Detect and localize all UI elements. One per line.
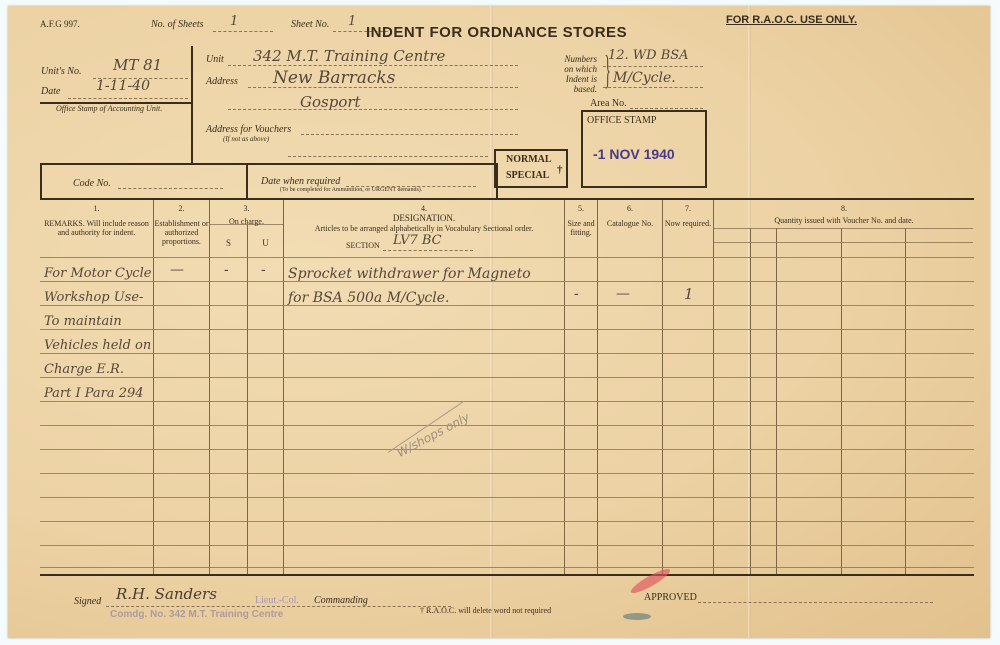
code-no-label: Code No. (73, 178, 111, 189)
approved-line (698, 602, 933, 603)
table-bottom-rule (40, 574, 974, 576)
priority-normal[interactable]: NORMAL (506, 154, 552, 165)
rank-stamp: Lieut.-Col. (255, 595, 299, 606)
paper-fold (490, 6, 493, 638)
numbers-value-2[interactable]: M/Cycle. (613, 70, 676, 86)
row-rule (40, 377, 974, 378)
col-on-charge-header: 3. On charge. (210, 204, 283, 226)
office-stamp-box: OFFICE STAMP -1 NOV 1940 (581, 110, 707, 188)
code-no-line (118, 188, 223, 189)
blue-ink-smudge (623, 613, 651, 620)
row-rule (40, 257, 974, 258)
footnote: † R.A.O.C. will delete word not required (420, 606, 551, 615)
numbers-value-1[interactable]: 12. WD BSA (608, 48, 689, 63)
no-of-sheets-line (213, 31, 273, 32)
row-rule (40, 545, 974, 546)
unit-value[interactable]: 342 M.T. Training Centre (253, 47, 445, 65)
sheet-no-label: Sheet No. (291, 19, 329, 30)
row-rule (40, 353, 974, 354)
col-designation-header: 4. DESIGNATION. Articles to be arranged … (284, 204, 564, 233)
divider (246, 163, 248, 200)
date-required-note: (To be completed for Ammunition, or URGE… (280, 187, 422, 193)
on-charge-u-cell[interactable]: - (261, 262, 266, 278)
vouchers-note: (If not as above) (223, 135, 269, 143)
vouchers-line-2 (288, 156, 488, 157)
designation-cell[interactable]: Sprocket withdrawer for Magneto for BSA … (288, 262, 531, 310)
establishment-cell[interactable]: — (170, 262, 184, 278)
row-rule (40, 329, 974, 330)
row-rule (40, 473, 974, 474)
signed-line (106, 606, 451, 607)
now-required-cell[interactable]: 1 (684, 285, 694, 303)
dagger-mark: † (557, 164, 563, 176)
numbers-line-2 (603, 87, 703, 88)
pencil-note: W/shops only (394, 410, 471, 460)
date-line (68, 98, 188, 99)
section-label: SECTION (346, 241, 380, 250)
col-on-charge-u: U (248, 239, 283, 248)
raoc-use-only-label: FOR R.A.O.C. USE ONLY. (726, 14, 857, 26)
col-establishment-header: 2. Establishment or authorized proportio… (154, 204, 209, 246)
size-cell[interactable]: - (574, 286, 579, 302)
table-top-rule (40, 198, 974, 200)
address-value-1[interactable]: New Barracks (273, 68, 395, 88)
unit-line (228, 65, 518, 66)
date-value[interactable]: 1-11-40 (96, 78, 150, 94)
faded-unit-stamp: Comdg. No. 342 M.T. Training Centre (110, 609, 283, 620)
units-no-value[interactable]: MT 81 (113, 56, 162, 74)
divider (191, 46, 193, 163)
commanding-label: Commanding (314, 595, 368, 606)
priority-special[interactable]: SPECIAL (506, 170, 549, 181)
subheader-rule (713, 228, 973, 229)
row-rule (40, 497, 974, 498)
col-quantity-issued-header: 8. Quantity issued with Voucher No. and … (714, 204, 974, 225)
col-on-charge-s: S (210, 239, 247, 248)
form-number: A.F.G 997. (40, 19, 80, 29)
unit-label: Unit (206, 54, 224, 65)
office-stamp-date: -1 NOV 1940 (593, 146, 675, 162)
subheader-rule (713, 242, 973, 243)
sheet-no-value[interactable]: 1 (348, 14, 356, 29)
address-value-2[interactable]: Gosport (300, 93, 361, 111)
signed-label: Signed (74, 596, 101, 607)
signature[interactable]: R.H. Sanders (116, 585, 217, 603)
address-label: Address (206, 76, 238, 87)
no-of-sheets-label: No. of Sheets (151, 19, 204, 30)
col-remarks-header: 1. REMARKS. Will include reason and auth… (40, 204, 153, 237)
section-value[interactable]: LV7 BC (393, 233, 442, 248)
date-required-label: Date when required (261, 176, 340, 187)
date-label: Date (41, 86, 60, 97)
units-no-label: Unit's No. (41, 66, 81, 77)
indent-form: A.F.G 997. No. of Sheets 1 Sheet No. 1 I… (8, 6, 990, 638)
approved-label: APPROVED (644, 592, 697, 603)
row-rule (40, 449, 974, 450)
numbers-label: Numbers on which Indent is based. (544, 54, 597, 94)
address-line-2 (228, 109, 518, 110)
area-no-label: Area No. (590, 98, 627, 109)
row-rule (40, 567, 974, 568)
row-rule (40, 401, 974, 402)
vouchers-line (301, 134, 518, 135)
col-catalogue-header: 6. Catalogue No. (598, 204, 662, 228)
on-charge-s-cell[interactable]: - (224, 262, 229, 278)
office-stamp-caption: Office Stamp of Accounting Unit. (56, 104, 162, 113)
catalogue-cell[interactable]: — (616, 286, 630, 302)
office-stamp-label: OFFICE STAMP (587, 115, 657, 126)
numbers-line-1 (603, 66, 703, 67)
no-of-sheets-value[interactable]: 1 (230, 14, 238, 29)
row-rule (40, 521, 974, 522)
priority-box: NORMAL SPECIAL † (494, 149, 568, 188)
col-now-required-header: 7. Now required. (663, 204, 713, 228)
form-title: INDENT FOR ORDNANCE STORES (366, 24, 627, 41)
row-rule (40, 425, 974, 426)
vouchers-label: Address for Vouchers (206, 124, 291, 135)
remarks-cell[interactable]: For Motor Cycle Workshop Use- To maintai… (44, 262, 151, 406)
section-line (383, 250, 473, 251)
col-size-header: 5. Size and fitting. (565, 204, 597, 237)
area-no-line (630, 108, 703, 109)
